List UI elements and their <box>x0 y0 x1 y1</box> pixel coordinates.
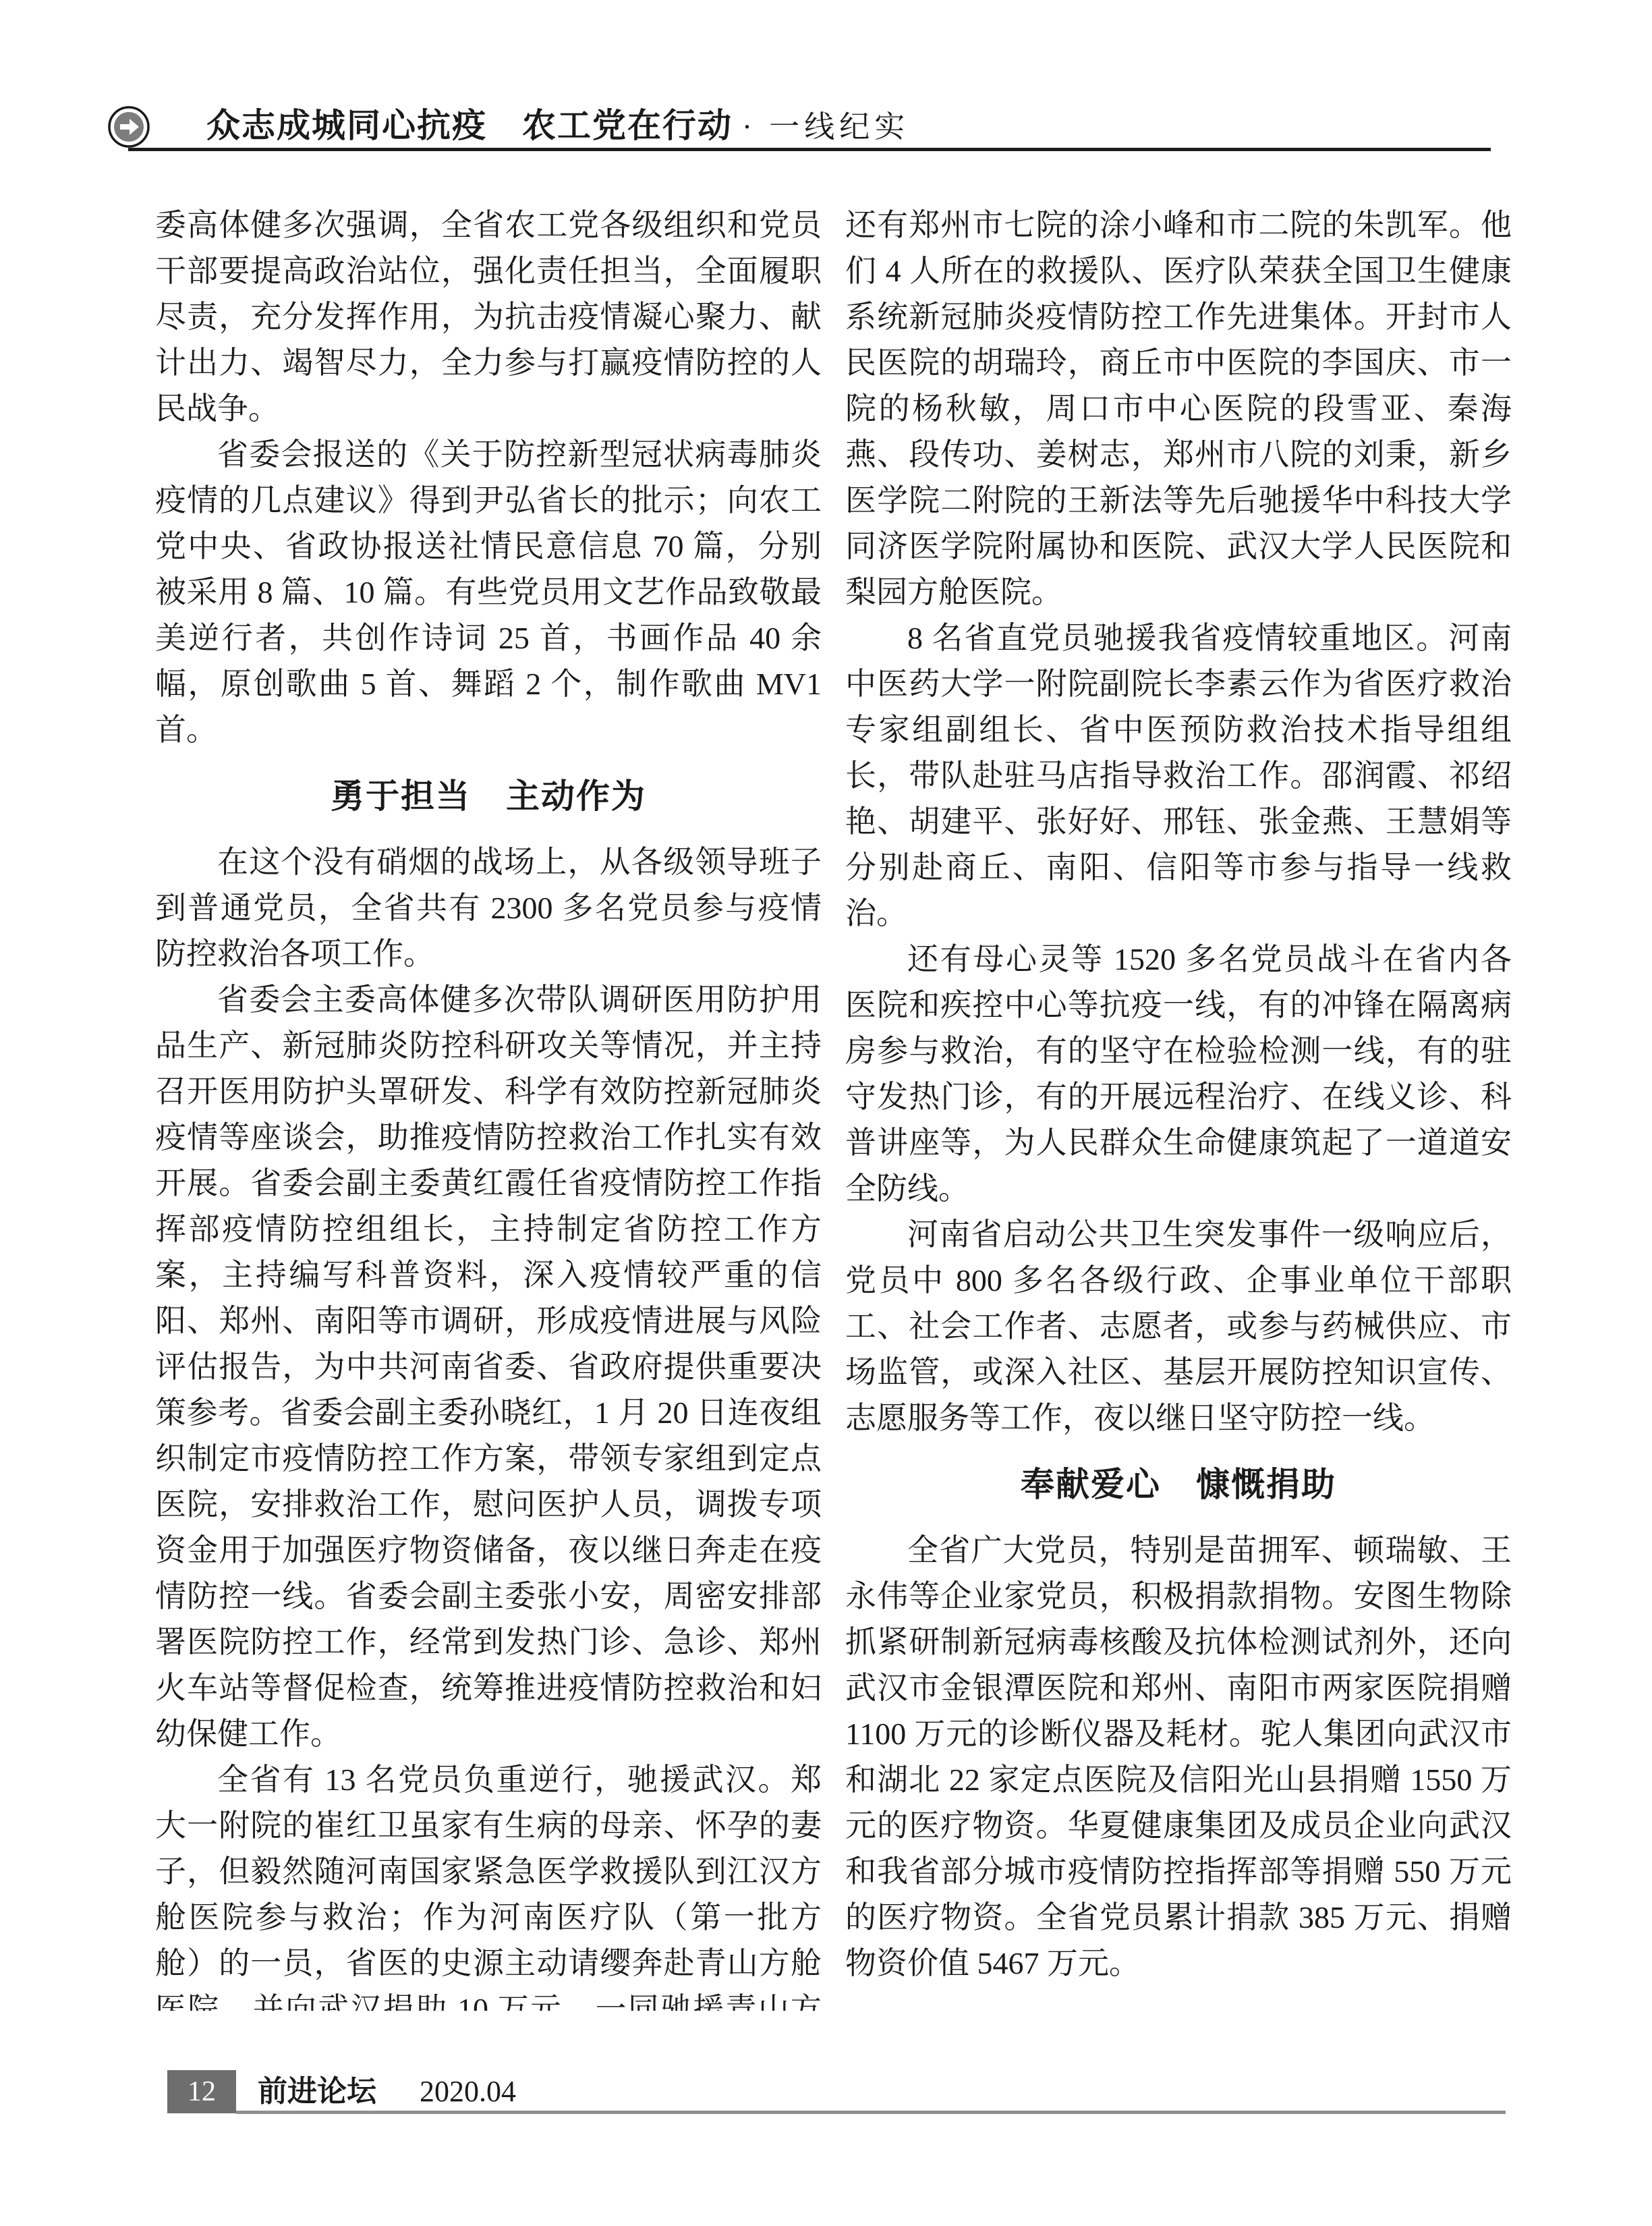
paragraph: 还有母心灵等 1520 多名党员战斗在省内各医院和疾控中心等抗疫一线，有的冲锋在… <box>845 937 1512 1212</box>
paragraph: 全省有 13 名党员负重逆行，驰援武汉。郑大一附院的崔红卫虽家有生病的母亲、怀孕… <box>155 1757 822 2011</box>
journal-name: 前进论坛 <box>258 2073 376 2111</box>
page-header: 众志成城同心抗疫 农工党在行动· 一线纪实 <box>206 107 909 146</box>
page-number: 12 <box>188 2076 216 2107</box>
paragraph: 河南省启动公共卫生突发事件一级响应后，党员中 800 多名各级行政、企事业单位干… <box>845 1212 1512 1441</box>
section-heading: 勇于担当 主动作为 <box>155 773 822 819</box>
paragraph: 省委会报送的《关于防控新型冠状病毒肺炎疫情的几点建议》得到尹弘省长的批示；向农工… <box>155 432 822 753</box>
section-heading: 奉献爱心 慷慨捐助 <box>845 1462 1512 1507</box>
paragraph: 还有郑州市七院的涂小峰和市二院的朱凯军。他们 4 人所在的救援队、医疗队荣获全国… <box>845 202 1512 615</box>
paragraph: 在这个没有硝烟的战场上，从各级领导班子到普通党员，全省共有 2300 多名党员参… <box>155 839 822 977</box>
arrow-right-circle-icon <box>107 105 152 151</box>
paragraph: 全省广大党员，特别是苗拥军、顿瑞敏、王永伟等企业家党员，积极捐款捐物。安图生物除… <box>845 1528 1512 1986</box>
left-column: 委高体健多次强调，全省农工党各级组织和党员干部要提高政治站位，强化责任担当，全面… <box>155 202 822 2011</box>
issue-number: 2020.04 <box>420 2073 516 2111</box>
magazine-page: 众志成城同心抗疫 农工党在行动· 一线纪实 委高体健多次强调，全省农工党各级组织… <box>0 0 1652 2226</box>
footer-rule <box>236 2111 1506 2114</box>
section-title: 众志成城同心抗疫 农工党在行动 <box>206 107 733 144</box>
paragraph: 8 名省直党员驰援我省疫情较重地区。河南中医药大学一附院副院长李素云作为省医疗救… <box>845 615 1512 937</box>
right-column: 还有郑州市七院的涂小峰和市二院的朱凯军。他们 4 人所在的救援队、医疗队荣获全国… <box>845 202 1512 2011</box>
paragraph: 省委会主委高体健多次带队调研医用防护用品生产、新冠肺炎防控科研攻关等情况，并主持… <box>155 977 822 1757</box>
header-rule <box>128 148 1491 151</box>
section-subtitle: · 一线纪实 <box>742 110 909 144</box>
page-number-badge: 12 <box>167 2070 236 2113</box>
paragraph: 委高体健多次强调，全省农工党各级组织和党员干部要提高政治站位，强化责任担当，全面… <box>155 202 822 432</box>
